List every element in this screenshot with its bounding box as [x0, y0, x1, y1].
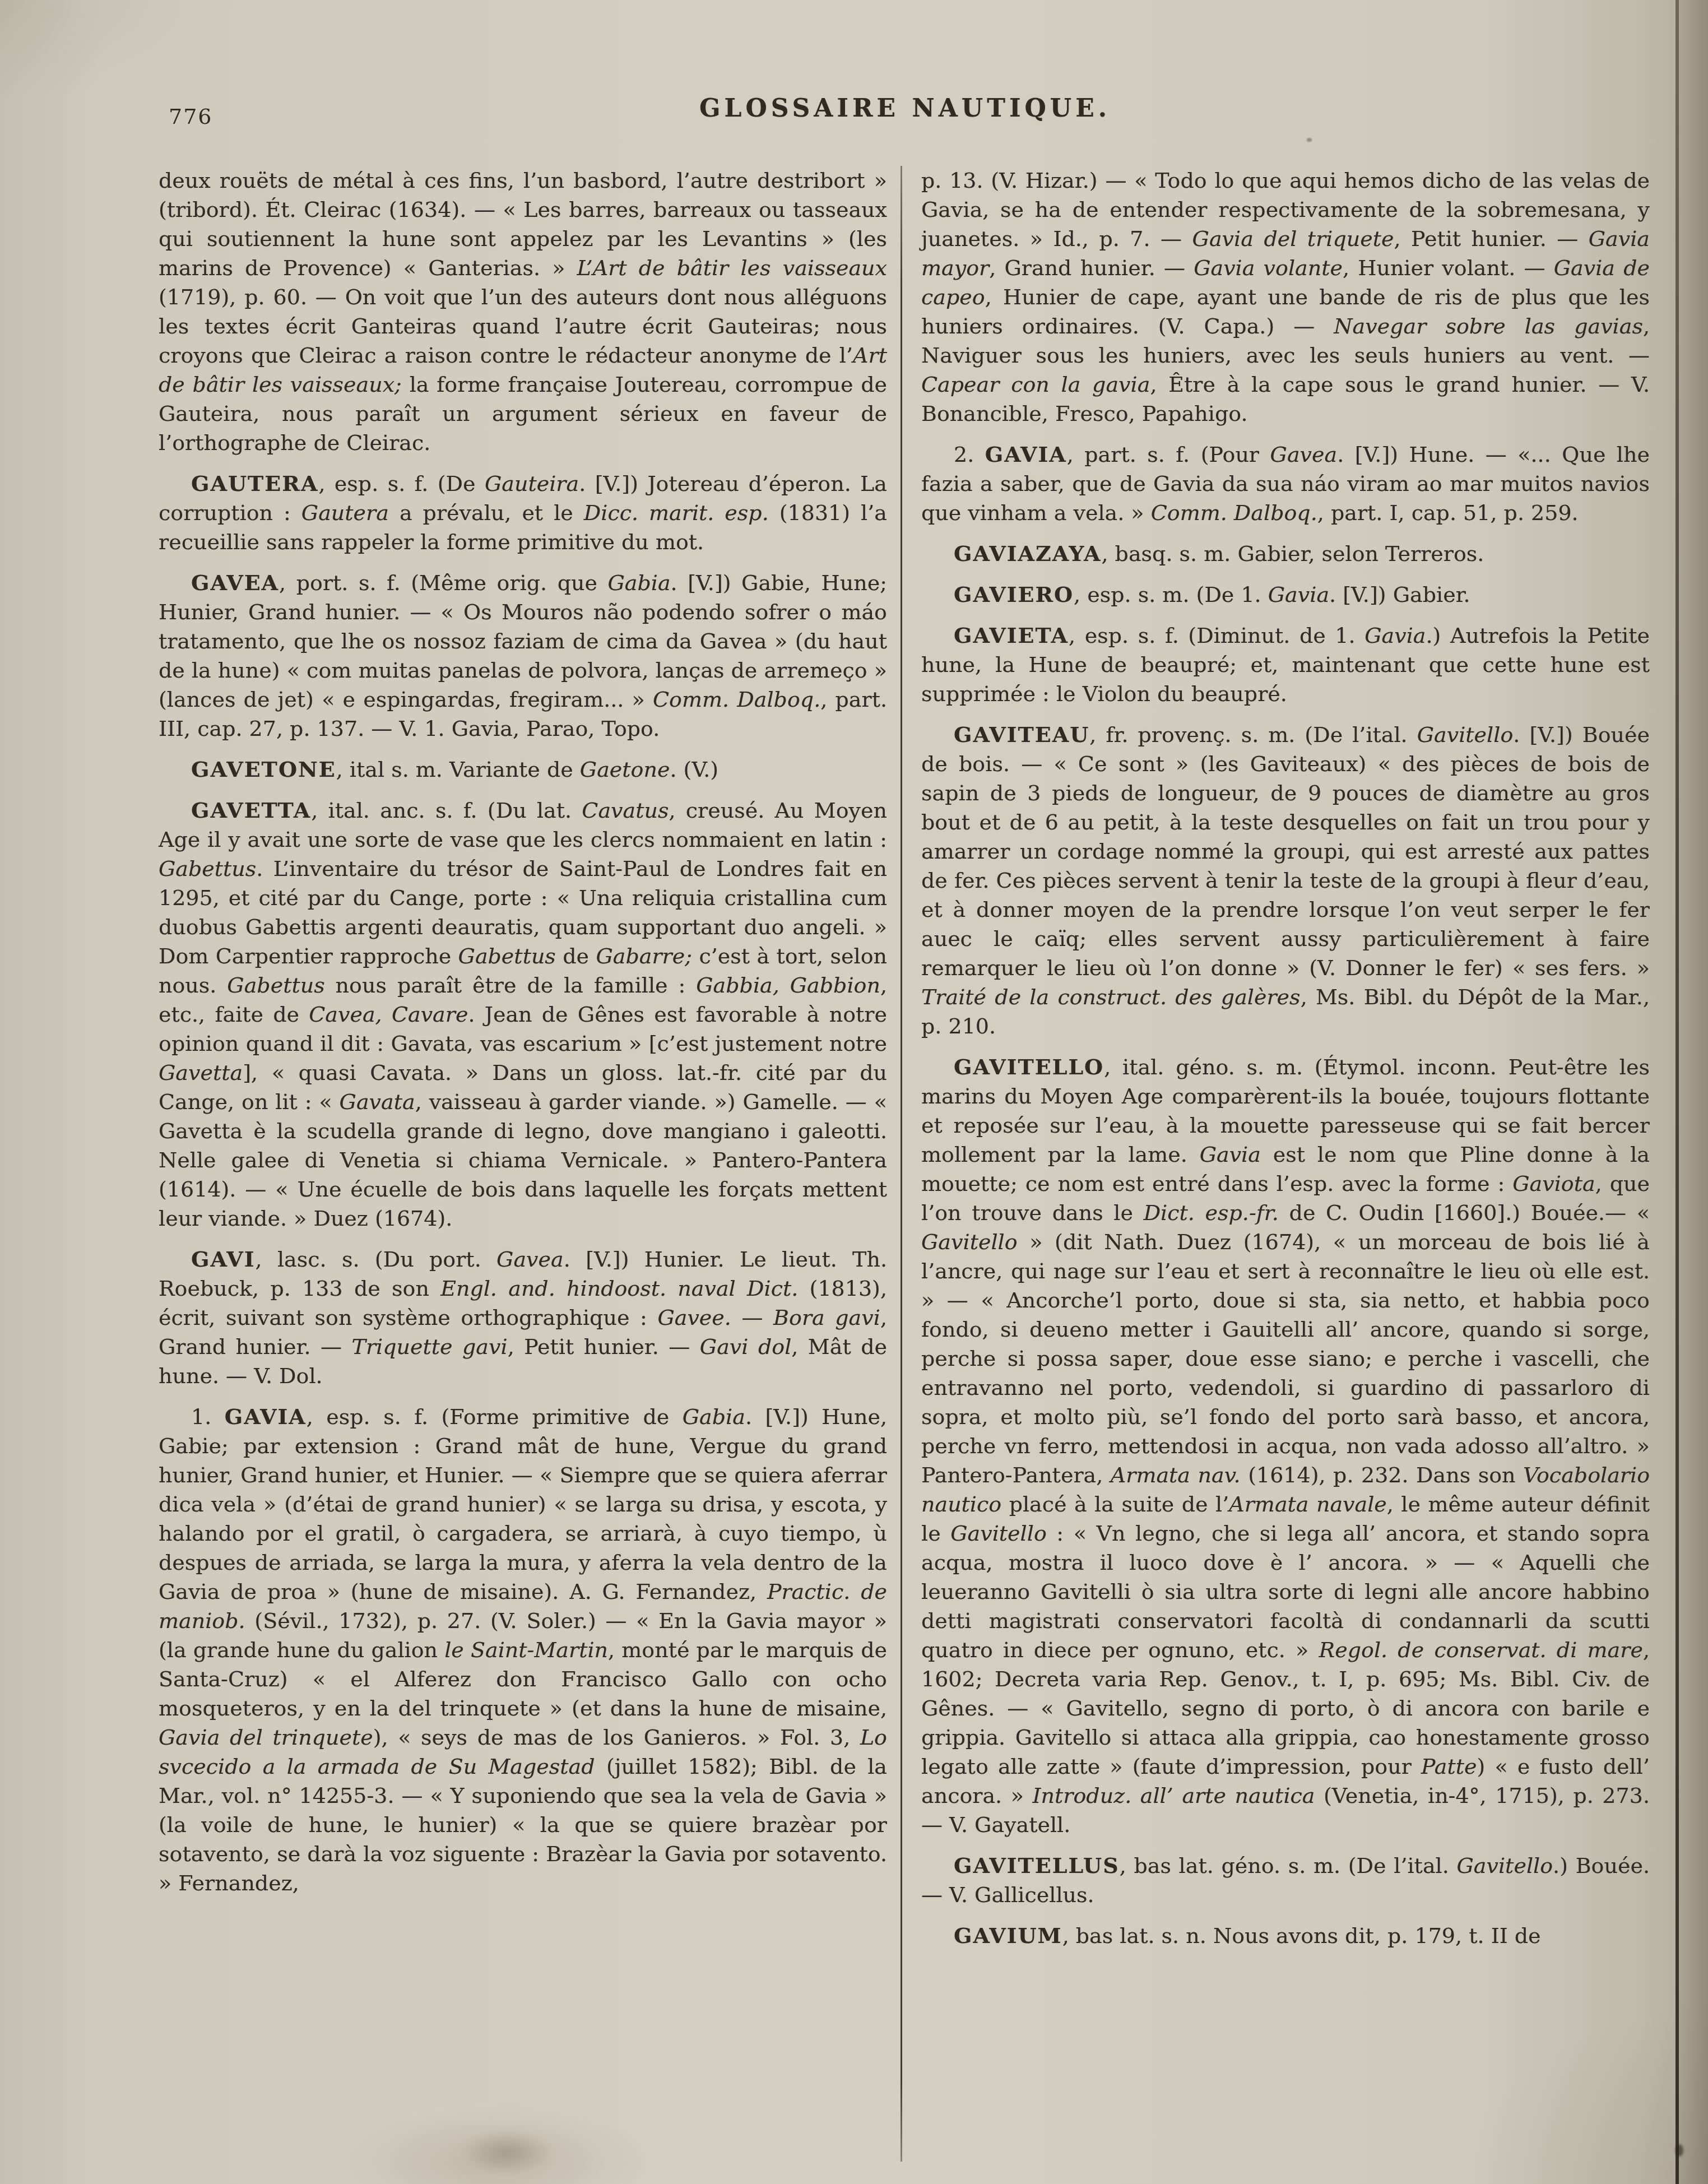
- left-column: deux rouëts de métal à ces fins, l’un ba…: [159, 166, 887, 2162]
- entry-gaviteau: GAVITEAU, fr. provenç. s. m. (De l’ital.…: [921, 720, 1650, 1041]
- entry-gautera: GAUTERA, esp. s. f. (De Gauteira. [V.]) …: [159, 469, 887, 557]
- entry-gavia-1: 1. GAVIA, esp. s. f. (Forme primitive de…: [159, 1402, 887, 1898]
- entry-gavi: GAVI, lasc. s. (Du port. Gavea. [V.]) Hu…: [159, 1245, 887, 1390]
- entry-gavetone: GAVETONE, ital s. m. Variante de Gaetone…: [159, 755, 887, 784]
- scanned-page: 776 GLOSSAIRE NAUTIQUE. deux rouëts de m…: [0, 0, 1708, 2184]
- entry-gavetta: GAVETTA, ital. anc. s. f. (Du lat. Cavat…: [159, 796, 887, 1233]
- entry-gavitellus: GAVITELLUS, bas lat. géno. s. m. (De l’i…: [921, 1851, 1650, 1909]
- page-title: GLOSSAIRE NAUTIQUE.: [159, 94, 1651, 123]
- entry-gaviero: GAVIERO, esp. s. m. (De 1. Gavia. [V.]) …: [921, 580, 1650, 609]
- page-header: 776 GLOSSAIRE NAUTIQUE.: [159, 94, 1651, 156]
- scan-speck: [1307, 138, 1312, 142]
- continuation-paragraph: p. 13. (V. Hizar.) — « Todo lo que aqui …: [921, 166, 1650, 428]
- scan-stain: [460, 2130, 555, 2174]
- page-edge-shadow: [1675, 0, 1708, 2184]
- entry-gavea: GAVEA, port. s. f. (Même orig. que Gabia…: [159, 568, 887, 743]
- right-column: p. 13. (V. Hizar.) — « Todo lo que aqui …: [921, 166, 1650, 2162]
- text-columns: deux rouëts de métal à ces fins, l’un ba…: [159, 166, 1651, 2162]
- page-edge-line: [1675, 0, 1679, 2184]
- column-divider: [901, 166, 902, 2162]
- entry-gavia-2: 2. GAVIA, part. s. f. (Pour Gavea. [V.])…: [921, 440, 1650, 527]
- scan-speck: [1675, 2144, 1683, 2157]
- entry-gavieta: GAVIETA, esp. s. f. (Diminut. de 1. Gavi…: [921, 621, 1650, 708]
- entry-gaviazaya: GAVIAZAYA, basq. s. m. Gabier, selon Ter…: [921, 539, 1650, 568]
- page-number: 776: [169, 104, 213, 129]
- entry-gavium: GAVIUM, bas lat. s. n. Nous avons dit, p…: [921, 1921, 1650, 1950]
- continuation-paragraph: deux rouëts de métal à ces fins, l’un ba…: [159, 166, 887, 457]
- entry-gavitello: GAVITELLO, ital. géno. s. m. (Étymol. in…: [921, 1052, 1650, 1839]
